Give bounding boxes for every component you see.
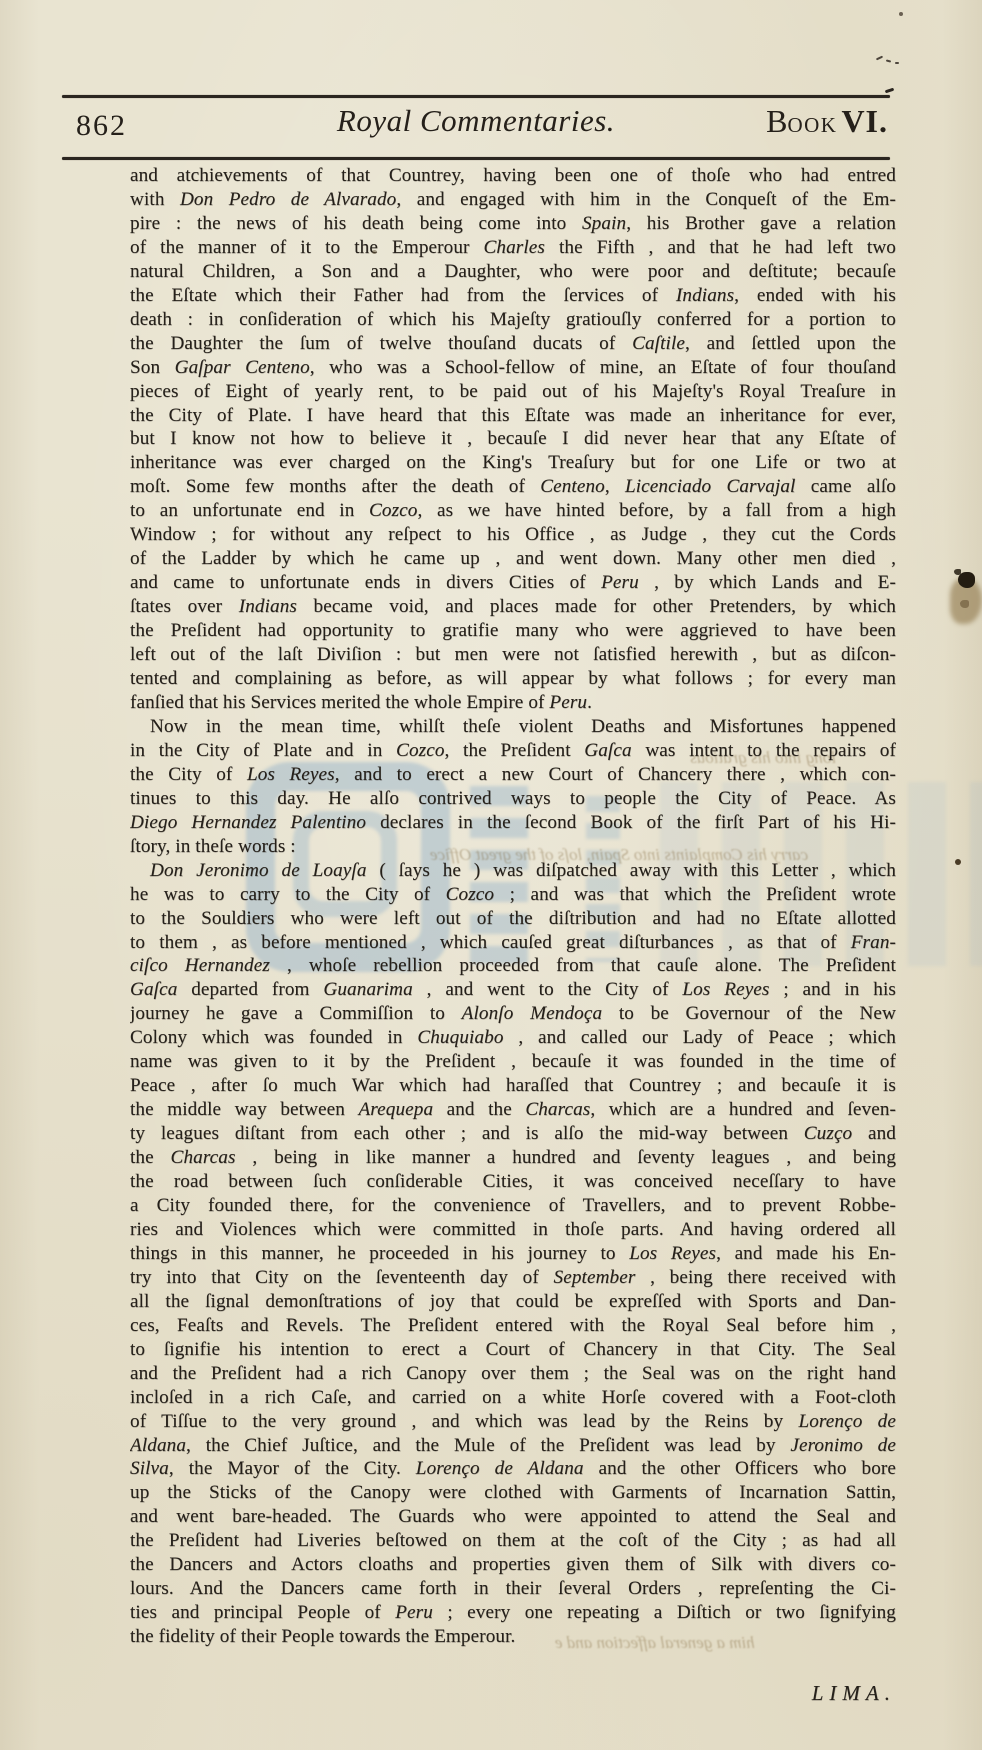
text-line: tented and complaining as before, as wil… xyxy=(130,667,896,691)
text-line: but I know not how to believe it , becau… xyxy=(130,427,896,451)
text-line: the Preſident had opportunity to gratifi… xyxy=(130,619,896,643)
text-line: Gaſca departed from Guanarima , and went… xyxy=(130,978,896,1002)
text-line: Son Gaſpar Centeno, who was a School-fel… xyxy=(130,356,896,380)
text-line: the City of Plate. I have heard that thi… xyxy=(130,404,896,428)
text-line: Diego Hernandez Palentino declares in th… xyxy=(130,811,896,835)
text-line: the Daughter the ſum of twelve thouſand … xyxy=(130,332,896,356)
text-line: Don Jeronimo de Loayſa ( ſays he ) was d… xyxy=(130,859,896,883)
text-line: name was given to it by the Preſident , … xyxy=(130,1050,896,1074)
header-rule-bottom xyxy=(62,157,890,160)
text-line: try into that City on the ſeventeenth da… xyxy=(130,1266,896,1290)
text-line: the fidelity of their People towards the… xyxy=(130,1625,896,1649)
text-line: moſt. Some few months after the death of… xyxy=(130,475,896,499)
text-line: Now in the mean time, whilſt theſe viole… xyxy=(130,715,896,739)
text-line: pire : the news of his death being come … xyxy=(130,212,896,236)
margin-smudge xyxy=(876,55,902,65)
book-label-smallcaps: OOK xyxy=(787,113,837,137)
book-number: VI. xyxy=(841,103,888,139)
page-text-block: and atchievements of that Countrey, havi… xyxy=(130,164,896,1706)
text-line: the Preſident had Liveries beſtowed on t… xyxy=(130,1529,896,1553)
text-line: the Eſtate which their Father had from t… xyxy=(130,284,896,308)
text-line: ries and Violences which were committed … xyxy=(130,1218,896,1242)
text-line: Colony which was founded in Chuquiabo , … xyxy=(130,1026,896,1050)
text-line: incloſed in a rich Caſe, and carried on … xyxy=(130,1386,896,1410)
ink-blot xyxy=(958,572,975,588)
text-line: Aldana, the Chief Juſtice, and the Mule … xyxy=(130,1434,896,1458)
text-line: of the Ladder by which he came up , and … xyxy=(130,547,896,571)
text-line: to ſignifie his intention to erect a Cou… xyxy=(130,1338,896,1362)
text-line: left out of the laſt Diviſion : but men … xyxy=(130,643,896,667)
text-line: pieces of Eight of yearly rent, to be pa… xyxy=(130,380,896,404)
text-line: ciſco Hernandez , whoſe rebellion procee… xyxy=(130,954,896,978)
running-title: Royal Commentaries. xyxy=(337,103,615,139)
text-line: journey he gave a Commiſſion to Alonſo M… xyxy=(130,1002,896,1026)
ink-speck xyxy=(955,859,961,865)
text-line: all the ſignal demonſtrations of joy tha… xyxy=(130,1290,896,1314)
text-line: natural Children, a Son and a Daughter, … xyxy=(130,260,896,284)
text-line: tinues to this day. He alſo contrived wa… xyxy=(130,787,896,811)
book-label: BOOK VI. xyxy=(766,103,888,140)
text-line: ſtory, in theſe words : xyxy=(130,835,896,859)
ink-speck xyxy=(372,250,377,254)
text-line: of the manner of it to the Emperour Char… xyxy=(130,236,896,260)
text-line: ſtates over Indians became void, and pla… xyxy=(130,595,896,619)
paragraph: and atchievements of that Countrey, havi… xyxy=(130,164,896,715)
text-line: to an unfortunate end in Cozco, as we ha… xyxy=(130,499,896,523)
text-line: ty leagues diſtant from each other ; and… xyxy=(130,1122,896,1146)
text-line: in the City of Plate and in Cozco, the P… xyxy=(130,739,896,763)
text-line: with Don Pedro de Alvarado, and engaged … xyxy=(130,188,896,212)
text-line: up the Sticks of the Canopy were clothed… xyxy=(130,1481,896,1505)
text-line: a City founded there, for the convenienc… xyxy=(130,1194,896,1218)
paragraph: Don Jeronimo de Loayſa ( ſays he ) was d… xyxy=(130,859,896,1649)
page-number: 862 xyxy=(76,109,127,143)
text-line: death : in conſideration of which his Ma… xyxy=(130,308,896,332)
text-line: and came to unfortunate ends in divers C… xyxy=(130,571,896,595)
text-line: ces, Feaſts and Revels. The Preſident en… xyxy=(130,1314,896,1338)
catchword: LIMA. xyxy=(130,1682,896,1706)
header-rule-top xyxy=(62,95,890,98)
text-line: inheritance was ever charged on the King… xyxy=(130,451,896,475)
text-line: the City of Los Reyes, and to erect a ne… xyxy=(130,763,896,787)
text-line: things in this manner, he proceeded in h… xyxy=(130,1242,896,1266)
text-line: lours. And the Dancers came forth in the… xyxy=(130,1577,896,1601)
paragraph: Now in the mean time, whilſt theſe viole… xyxy=(130,715,896,859)
text-line: Silva, the Mayor of the City. Lorenço de… xyxy=(130,1457,896,1481)
text-line: the middle way between Arequepa and the … xyxy=(130,1098,896,1122)
text-line: Window ; for without any reſpect to his … xyxy=(130,523,896,547)
text-line: and went bare-headed. The Guards who wer… xyxy=(130,1505,896,1529)
text-line: the road between ſuch conſiderable Citie… xyxy=(130,1170,896,1194)
text-line: and the Preſident had a rich Canopy over… xyxy=(130,1362,896,1386)
book-page: carry his Complaints into Spain, loſs of… xyxy=(0,0,982,1750)
text-line: fanſied that his Services merited the wh… xyxy=(130,691,896,715)
text-line: the Dancers and Actors cloaths and prope… xyxy=(130,1553,896,1577)
text-line: ties and principal People of Peru ; ever… xyxy=(130,1601,896,1625)
text-line: to the Souldiers who were left out of th… xyxy=(130,907,896,931)
text-line: and atchievements of that Countrey, havi… xyxy=(130,164,896,188)
text-line: the Charcas , being in like manner a hun… xyxy=(130,1146,896,1170)
book-label-initial: B xyxy=(766,103,787,139)
text-line: to them , as before mentioned , which ca… xyxy=(130,931,896,955)
text-line: of Tiſſue to the very ground , and which… xyxy=(130,1410,896,1434)
text-line: he was to carry to the City of Cozco ; a… xyxy=(130,883,896,907)
text-line: Peace , after ſo much War which had hara… xyxy=(130,1074,896,1098)
ink-speck xyxy=(899,12,903,16)
